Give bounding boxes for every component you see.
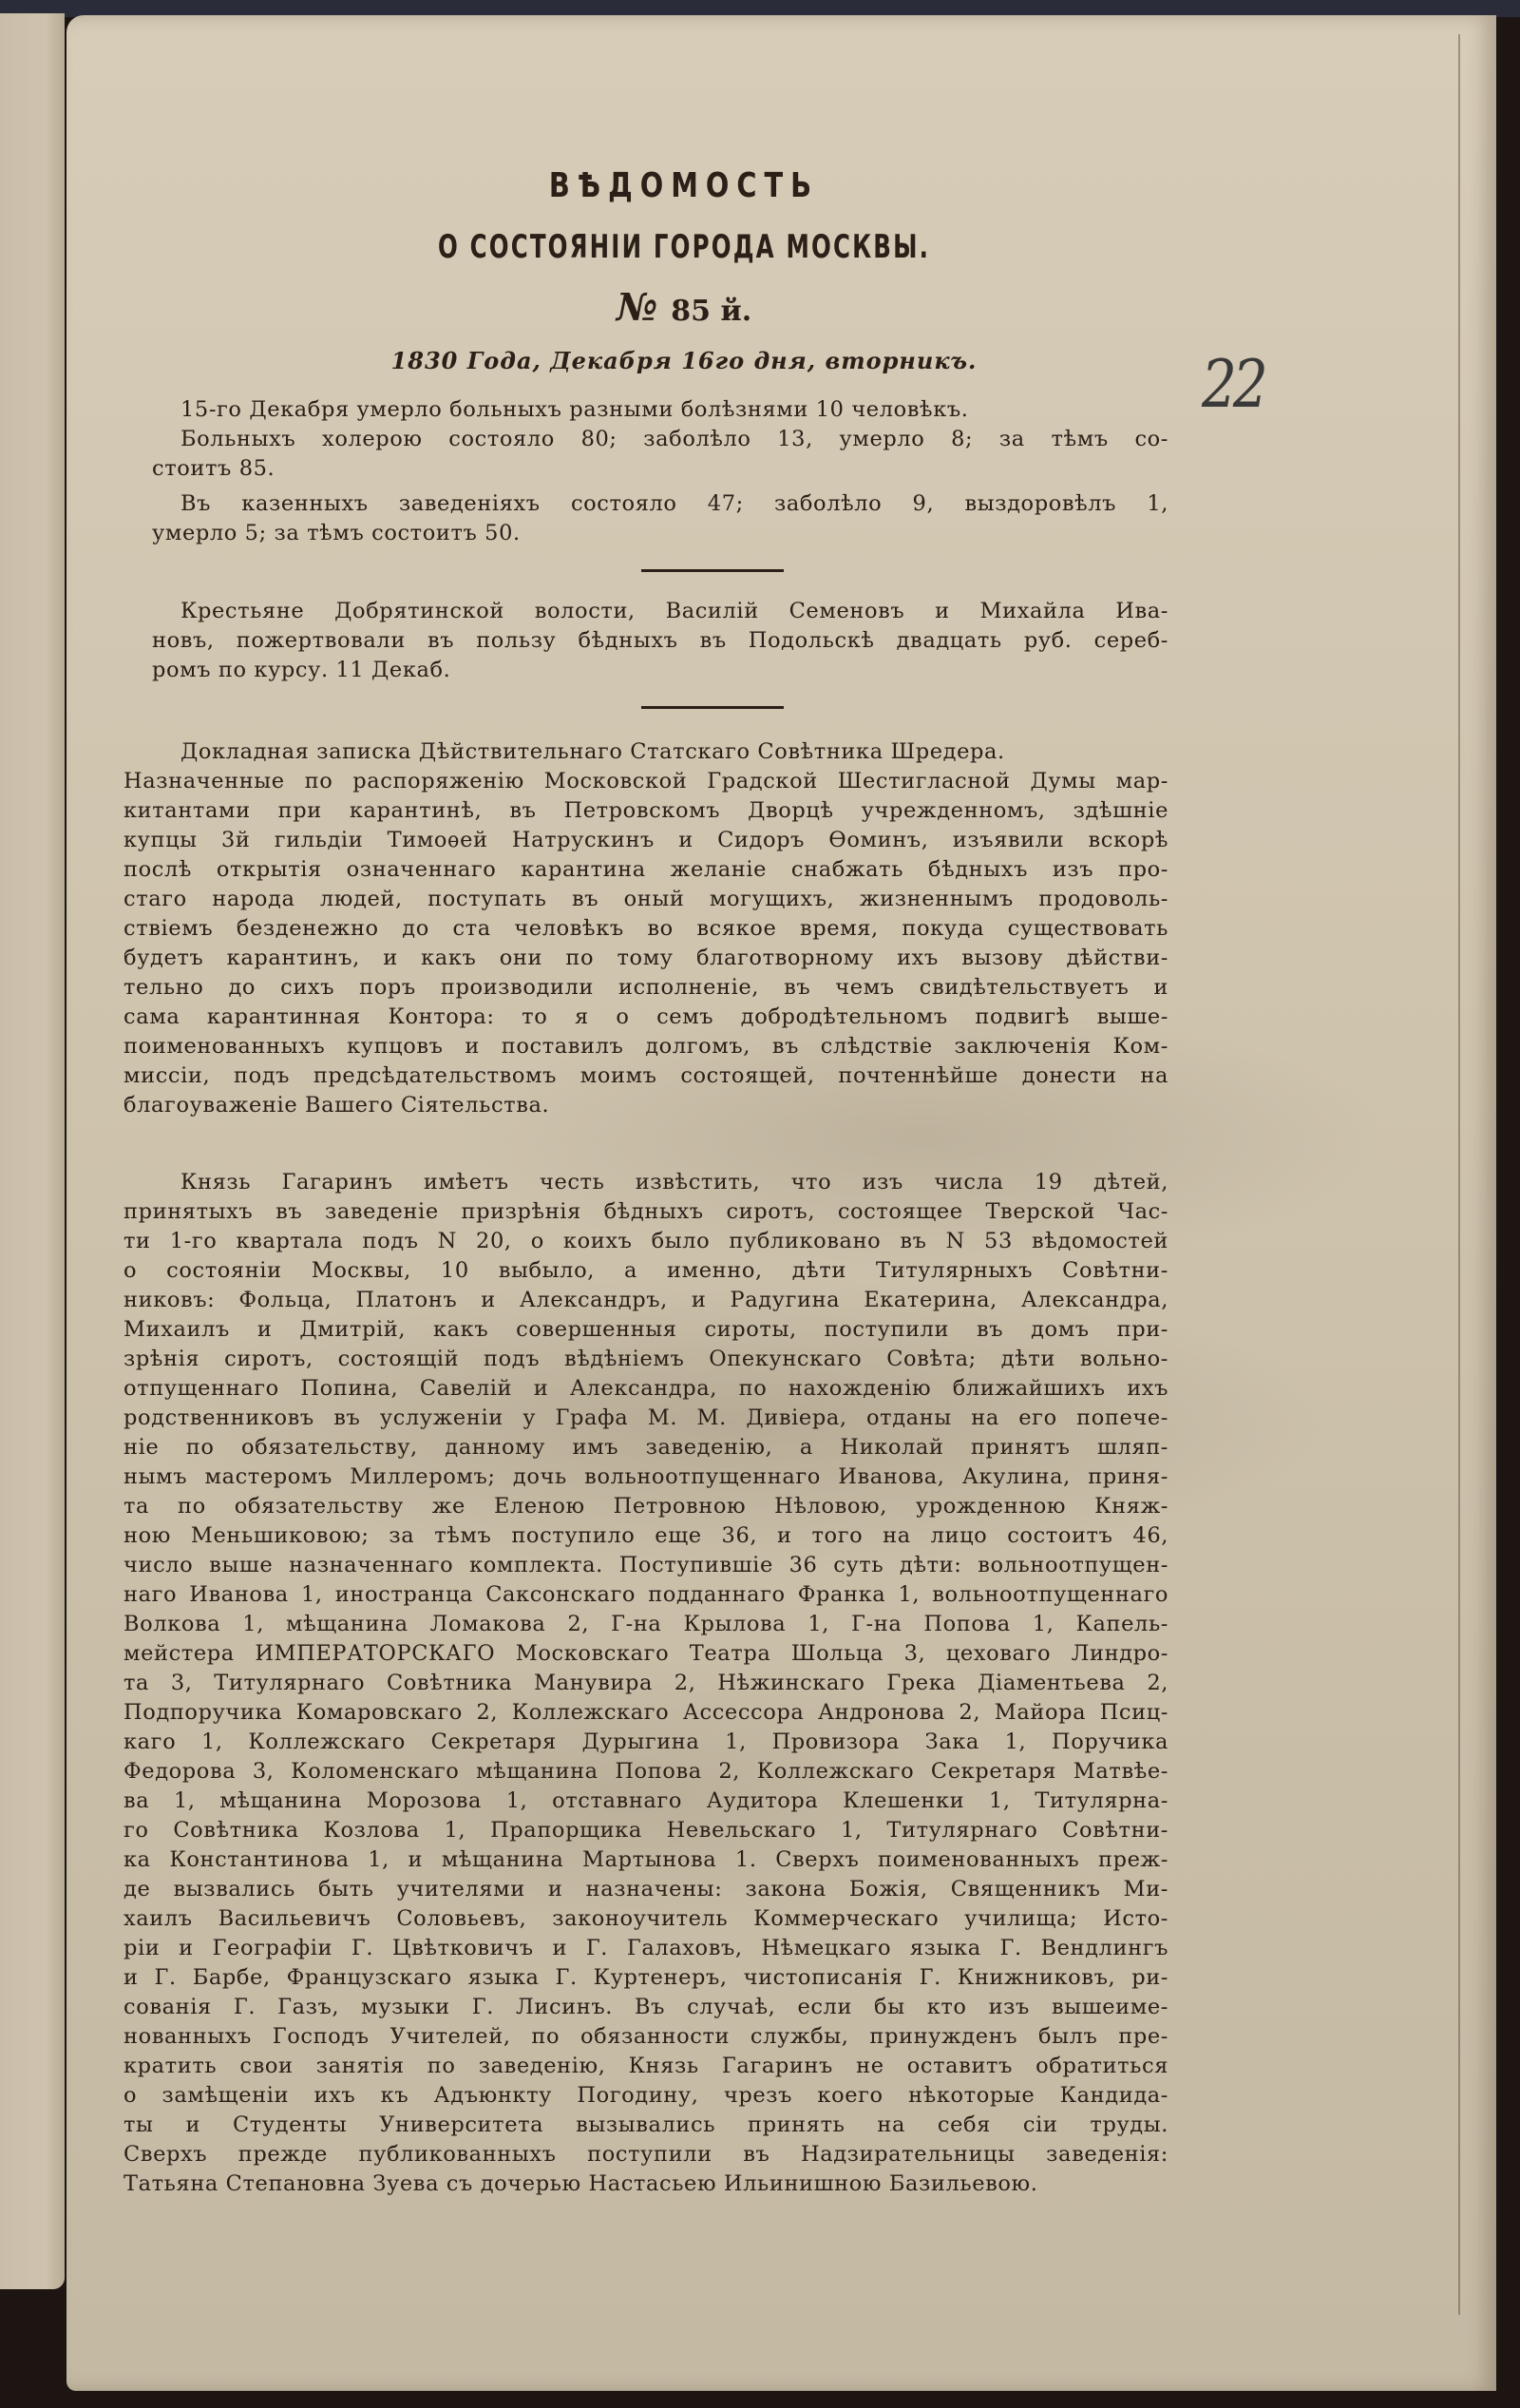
text-line: новъ, пожертвовали въ пользу бѣдныхъ въ …	[123, 626, 1168, 656]
document-subtitle: О СОСТОЯНІИ ГОРОДА МОСКВЫ.	[342, 228, 1026, 266]
text-line: будетъ карантинъ, и какъ они по тому бла…	[123, 944, 1168, 973]
text-line: Князь Гагаринъ имѣетъ честь извѣстить, ч…	[123, 1168, 1168, 1197]
text-line: родственниковъ въ услуженіи у Графа М. М…	[123, 1404, 1168, 1433]
text-line: Докладная записка Дѣйствительнаго Статск…	[123, 737, 1168, 767]
previous-page-edge	[0, 13, 65, 2289]
text-line: та по обязательству же Еленою Петровною …	[123, 1492, 1168, 1521]
text-line: ною Меньшиковою; за тѣмъ поступило еще 3…	[123, 1521, 1168, 1551]
text-line: кратить свои занятія по заведенію, Князь…	[123, 2052, 1168, 2081]
text-line: го Совѣтника Козлова 1, Прапорщика Невел…	[123, 1816, 1168, 1845]
text-line: о замѣщеніи ихъ къ Адъюнкту Погодину, чр…	[123, 2081, 1168, 2111]
text-line: Крестьяне Добрятинской волости, Василій …	[123, 597, 1168, 626]
text-line: и Г. Барбе, Французскаго языка Г. Куртен…	[123, 1963, 1168, 1993]
text-line: мейстера ИМПЕРАТОРСКАГО Московскаго Теат…	[123, 1639, 1168, 1669]
text-line: число выше назначеннаго комплекта. Посту…	[123, 1551, 1168, 1580]
text-line: нованныхъ Господъ Учителей, по обязаннос…	[123, 2022, 1168, 2052]
text-line: послѣ открытія означеннаго карантина жел…	[123, 855, 1168, 885]
text-line: ствіемъ безденежно до ста человѣкъ во вс…	[123, 914, 1168, 944]
handwritten-page-number: 22	[1202, 345, 1264, 423]
text-line: сама карантинная Контора: то я о семъ до…	[123, 1003, 1168, 1032]
text-line: та 3, Титулярнаго Совѣтника Манувира 2, …	[123, 1669, 1168, 1698]
text-line: ніе по обязательству, данному имъ заведе…	[123, 1433, 1168, 1462]
text-line: китантами при карантинѣ, въ Петровскомъ …	[123, 796, 1168, 826]
text-line: купцы 3й гильдіи Тимоѳей Натрускинъ и Си…	[123, 826, 1168, 855]
text-line: Больныхъ холерою состояло 80; заболѣло 1…	[123, 425, 1168, 454]
text-line: Подпоручика Комаровскаго 2, Коллежскаго …	[123, 1698, 1168, 1728]
text-line: ка Константинова 1, и мѣщанина Мартынова…	[123, 1845, 1168, 1875]
text-line: стоитъ 85.	[123, 454, 1168, 484]
issue-value: 85 й.	[671, 295, 751, 328]
text-line: зрѣнія сиротъ, состоящій подъ вѣдѣніемъ …	[123, 1345, 1168, 1374]
text-line: 15-го Декабря умерло больныхъ разными бо…	[123, 395, 1168, 425]
text-line: наго Иванова 1, иностранца Саксонскаго п…	[123, 1580, 1168, 1610]
text-line: сованія Г. Газъ, музыки Г. Лисинъ. Въ сл…	[123, 1993, 1168, 2022]
text-line: о состояніи Москвы, 10 выбыло, а именно,…	[123, 1256, 1168, 1286]
text-line: де вызвались быть учителями и назначены:…	[123, 1875, 1168, 1904]
text-line: ва 1, мѣщанина Морозова 1, отставнаго Ау…	[123, 1787, 1168, 1816]
text-line: тельно до сихъ поръ производили исполнен…	[123, 973, 1168, 1003]
issue-number: №85 й.	[209, 285, 1159, 330]
text-line: Михаилъ и Дмитрій, какъ совершенныя сиро…	[123, 1315, 1168, 1345]
section-donation: Крестьяне Добрятинской волости, Василій …	[123, 597, 1168, 685]
numero-sign: №	[617, 285, 657, 330]
text-line: ти 1-го квартала подъ N 20, о коихъ было…	[123, 1227, 1168, 1256]
text-line: умерло 5; за тѣмъ состоитъ 50.	[123, 519, 1168, 548]
text-line: благоуваженіе Вашего Сіятельства.	[123, 1091, 1168, 1120]
text-line: ромъ по курсу. 11 Декаб.	[123, 656, 1168, 685]
text-line: Татьяна Степановна Зуева съ дочерью Наст…	[123, 2169, 1168, 2199]
text-line: Волкова 1, мѣщанина Ломакова 2, Г-на Кры…	[123, 1610, 1168, 1639]
text-line: ты и Студенты Университета вызывались пр…	[123, 2111, 1168, 2140]
page-fold-line	[1458, 34, 1460, 2315]
text-line: Сверхъ прежде публикованныхъ поступили в…	[123, 2140, 1168, 2169]
section-shreder-report: Докладная записка Дѣйствительнаго Статск…	[123, 737, 1168, 1120]
text-line: миссіи, подъ предсѣдательствомъ моимъ со…	[123, 1061, 1168, 1091]
text-line: Назначенные по распоряженію Московской Г…	[123, 767, 1168, 796]
document-content: ВѢДОМОСТЬ О СОСТОЯНІИ ГОРОДА МОСКВЫ. №85…	[123, 143, 1168, 2199]
text-line: Федорова 3, Коломенскаго мѣщанина Попова…	[123, 1757, 1168, 1787]
text-line: отпущеннаго Попина, Савелій и Александра…	[123, 1374, 1168, 1404]
section-gagarin-report: Князь Гагаринъ имѣетъ честь извѣстить, ч…	[123, 1168, 1168, 2199]
text-line: нымъ мастеромъ Миллеромъ; дочь вольноотп…	[123, 1462, 1168, 1492]
text-line: принятыхъ въ заведеніе призрѣнія бѣдныхъ…	[123, 1197, 1168, 1227]
section-cholera-report: 15-го Декабря умерло больныхъ разными бо…	[123, 395, 1168, 548]
section-divider	[641, 569, 784, 572]
text-line: ріи и Географіи Г. Цвѣтковичъ и Г. Галах…	[123, 1934, 1168, 1963]
text-line: никовъ: Фольца, Платонъ и Александръ, и …	[123, 1286, 1168, 1315]
text-line: Въ казенныхъ заведеніяхъ состояло 47; за…	[123, 489, 1168, 519]
date-line: 1830 Года, Декабря 16го дня, вторникъ.	[209, 347, 1159, 374]
text-line: хаилъ Васильевичъ Соловьевъ, законоучите…	[123, 1904, 1168, 1934]
text-line: поименованныхъ купцовъ и поставилъ долго…	[123, 1032, 1168, 1061]
text-line: каго 1, Коллежскаго Секретаря Дурыгина 1…	[123, 1728, 1168, 1757]
document-title: ВѢДОМОСТЬ	[304, 166, 1064, 205]
text-line: стаго народа людей, поступать въ оный мо…	[123, 885, 1168, 914]
section-divider	[641, 706, 784, 709]
